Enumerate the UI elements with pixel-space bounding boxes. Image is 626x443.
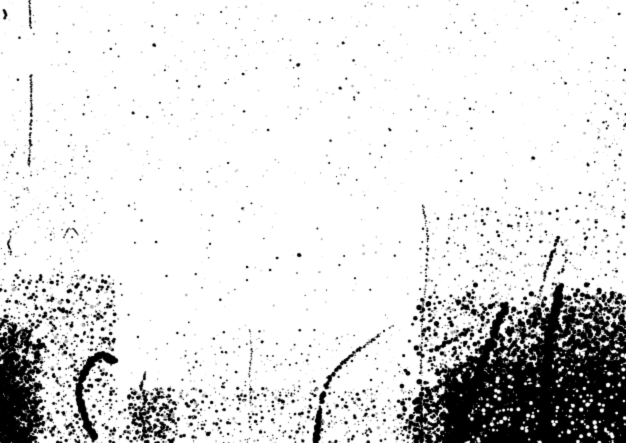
grunge-texture-image xyxy=(0,0,626,443)
grunge-texture-canvas xyxy=(0,0,626,443)
